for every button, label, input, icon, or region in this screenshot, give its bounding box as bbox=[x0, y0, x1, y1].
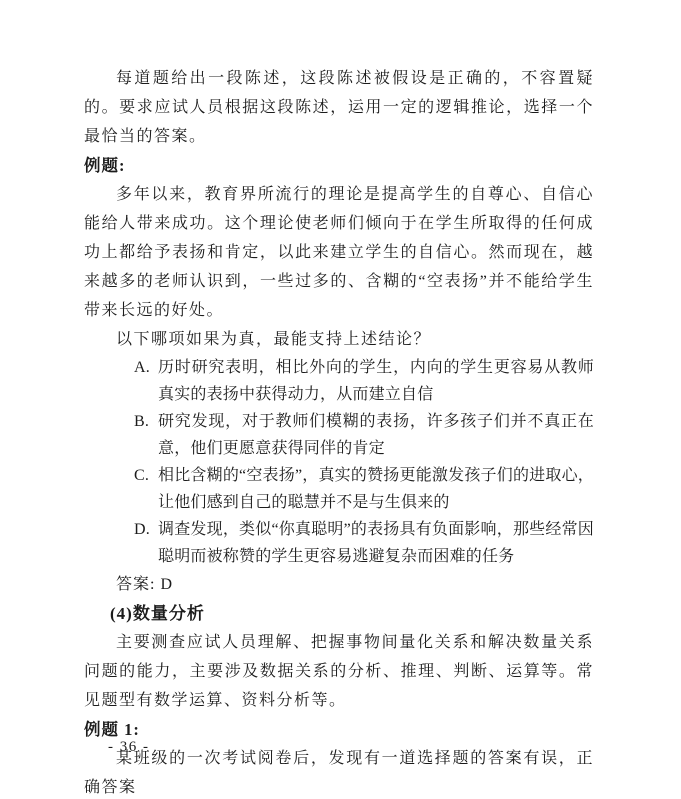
option-label-b: B. bbox=[134, 408, 158, 435]
document-page: 每道题给出一段陈述，这段陈述被假设是正确的，不容置疑的。要求应试人员根据这段陈述… bbox=[0, 0, 681, 799]
example-passage: 多年以来，教育界所流行的理论是提高学生的自尊心、自信心能给人带来成功。这个理论使… bbox=[84, 180, 594, 325]
option-label-d: D. bbox=[134, 516, 158, 543]
option-text-c: 相比含糊的“空表扬”，真实的赞扬更能激发孩子们的进取心，让他们感到自己的聪慧并不… bbox=[158, 462, 594, 516]
section-intro-paragraph: 主要测查应试人员理解、把握事物间量化关系和解决数量关系问题的能力，主要涉及数据关… bbox=[84, 628, 594, 715]
example1-paragraph: 某班级的一次考试阅卷后，发现有一道选择题的答案有误，正确答案 bbox=[84, 744, 594, 799]
section-heading: (4)数量分析 bbox=[84, 599, 594, 628]
option-label-c: C. bbox=[134, 462, 158, 489]
page-number: - 36 - bbox=[108, 739, 150, 756]
option-text-d: 调查发现，类似“你真聪明”的表扬具有负面影响，那些经常因聪明而被称赞的学生更容易… bbox=[158, 516, 594, 570]
answer-line: 答案: D bbox=[84, 570, 594, 599]
option-row-c: C. 相比含糊的“空表扬”，真实的赞扬更能激发孩子们的进取心，让他们感到自己的聪… bbox=[84, 462, 594, 516]
option-label-a: A. bbox=[134, 354, 158, 381]
option-row-b: B. 研究发现，对于教师们模糊的表扬，许多孩子们并不真正在意，他们更愿意获得同伴… bbox=[84, 408, 594, 462]
page-content: 每道题给出一段陈述，这段陈述被假设是正确的，不容置疑的。要求应试人员根据这段陈述… bbox=[84, 64, 594, 799]
example1-heading: 例题 1: bbox=[84, 715, 594, 744]
option-text-a: 历时研究表明，相比外向的学生，内向的学生更容易从教师真实的表扬中获得动力，从而建… bbox=[158, 354, 594, 408]
intro-paragraph: 每道题给出一段陈述，这段陈述被假设是正确的，不容置疑的。要求应试人员根据这段陈述… bbox=[84, 64, 594, 151]
option-row-a: A. 历时研究表明，相比外向的学生，内向的学生更容易从教师真实的表扬中获得动力，… bbox=[84, 354, 594, 408]
example-question: 以下哪项如果为真，最能支持上述结论？ bbox=[84, 325, 594, 354]
option-row-d: D. 调查发现，类似“你真聪明”的表扬具有负面影响，那些经常因聪明而被称赞的学生… bbox=[84, 516, 594, 570]
option-list: A. 历时研究表明，相比外向的学生，内向的学生更容易从教师真实的表扬中获得动力，… bbox=[84, 354, 594, 570]
option-text-b: 研究发现，对于教师们模糊的表扬，许多孩子们并不真正在意，他们更愿意获得同伴的肯定 bbox=[158, 408, 594, 462]
example-heading: 例题: bbox=[84, 151, 594, 180]
